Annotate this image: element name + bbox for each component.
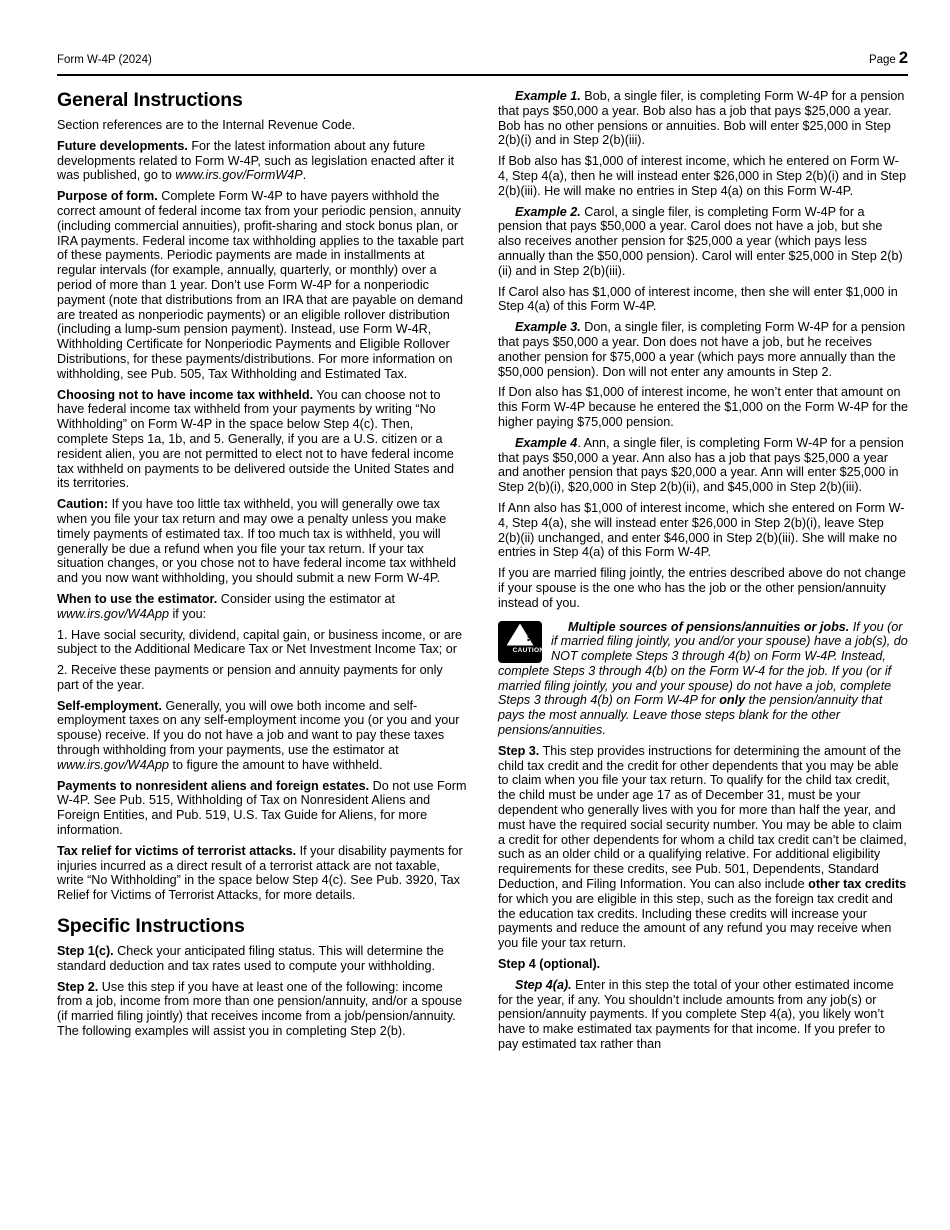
text-run: if you: xyxy=(169,607,206,621)
text-run: Use this step if you have at least one o… xyxy=(57,980,462,1038)
text-run: Self-employment. xyxy=(57,699,162,713)
text-run: Purpose of form. xyxy=(57,189,158,203)
paragraph: If you are married filing jointly, the e… xyxy=(498,566,908,610)
text-run: If Bob also has $1,000 of interest incom… xyxy=(498,154,906,198)
paragraph: When to use the estimator. Consider usin… xyxy=(57,592,467,622)
text-run: Payments to nonresident aliens and forei… xyxy=(57,779,369,793)
paragraph: Step 2. Use this step if you have at lea… xyxy=(57,980,467,1039)
text-run: Tax relief for victims of terrorist atta… xyxy=(57,844,296,858)
paragraph: Section references are to the Internal R… xyxy=(57,118,467,133)
text-run: You can choose not to have federal incom… xyxy=(57,388,454,491)
caution-icon: !CAUTION xyxy=(498,621,542,663)
text-run: If you have too little tax withheld, you… xyxy=(57,497,456,585)
paragraph: 1. Have social security, dividend, capit… xyxy=(57,628,467,658)
text-run: Step 1(c). xyxy=(57,944,114,958)
paragraph: Step 3. This step provides instructions … xyxy=(498,744,908,951)
paragraph: Caution: If you have too little tax with… xyxy=(57,497,467,586)
text-run: Step 4(a). xyxy=(515,978,572,992)
text-run: Multiple sources of pensions/annuities o… xyxy=(568,620,849,634)
text-run: 2. Receive these payments or pension and… xyxy=(57,663,443,692)
page-number: 2 xyxy=(899,49,908,67)
page-label: Page xyxy=(869,54,896,66)
paragraph: Payments to nonresident aliens and forei… xyxy=(57,779,467,838)
paragraph: Example 4. Ann, a single filer, is compl… xyxy=(498,436,908,495)
exclamation-glyph: ! xyxy=(509,627,531,646)
section-heading: Specific Instructions xyxy=(57,915,467,937)
paragraph: If Don also has $1,000 of interest incom… xyxy=(498,385,908,429)
paragraph: Purpose of form. Complete Form W-4P to h… xyxy=(57,189,467,381)
left-column: General InstructionsSection references a… xyxy=(57,76,467,1045)
text-run: If Ann also has $1,000 of interest incom… xyxy=(498,501,904,559)
text-run: If Carol also has $1,000 of interest inc… xyxy=(498,285,898,314)
paragraph: Tax relief for victims of terrorist atta… xyxy=(57,844,467,903)
text-run: . xyxy=(303,168,307,182)
text-run: www.irs.gov/FormW4P xyxy=(175,168,302,182)
text-run: Example 4 xyxy=(515,436,577,450)
text-run: Example 1. xyxy=(515,89,581,103)
text-run: Caution: xyxy=(57,497,108,511)
text-run: to figure the amount to have withheld. xyxy=(169,758,383,772)
text-run: Check your anticipated filing status. Th… xyxy=(57,944,444,973)
paragraph: Self-employment. Generally, you will owe… xyxy=(57,699,467,773)
paragraph: If Ann also has $1,000 of interest incom… xyxy=(498,501,908,560)
paragraph: If Carol also has $1,000 of interest inc… xyxy=(498,285,908,315)
text-run: Complete Form W-4P to have payers withho… xyxy=(57,189,464,381)
paragraph: If Bob also has $1,000 of interest incom… xyxy=(498,154,908,198)
text-run: Consider using the estimator at xyxy=(217,592,395,606)
text-run: This step provides instructions for dete… xyxy=(498,744,907,891)
text-run: Section references are to the Internal R… xyxy=(57,118,355,132)
text-run: for which you are eligible in this step,… xyxy=(498,892,893,950)
text-run: When to use the estimator. xyxy=(57,592,217,606)
page-header: Form W-4P (2024) Page2 xyxy=(57,52,908,66)
text-run: If Don also has $1,000 of interest incom… xyxy=(498,385,908,429)
paragraph: Step 1(c). Check your anticipated filing… xyxy=(57,944,467,974)
text-run: only xyxy=(719,693,745,707)
paragraph: Example 1. Bob, a single filer, is compl… xyxy=(498,89,908,148)
text-run: Step 2. xyxy=(57,980,98,994)
paragraph: Choosing not to have income tax withheld… xyxy=(57,388,467,492)
section-heading: General Instructions xyxy=(57,89,467,111)
text-run: Step 3. xyxy=(498,744,539,758)
text-run: www.irs.gov/W4App xyxy=(57,607,169,621)
right-column: Example 1. Bob, a single filer, is compl… xyxy=(498,76,908,1058)
warning-triangle-icon: ! xyxy=(507,624,534,646)
paragraph: Example 3. Don, a single filer, is compl… xyxy=(498,320,908,379)
paragraph: Step 4(a). Enter in this step the total … xyxy=(498,978,908,1052)
text-run: other tax credits xyxy=(808,877,906,891)
content-columns: General InstructionsSection references a… xyxy=(57,76,908,1058)
text-run: www.irs.gov/W4App xyxy=(57,758,169,772)
page-indicator: Page2 xyxy=(869,52,908,66)
caution-icon-label: CAUTION xyxy=(496,646,545,656)
paragraph: Example 2. Carol, a single filer, is com… xyxy=(498,205,908,279)
paragraph: Step 4 (optional). xyxy=(498,957,908,972)
text-run: 1. Have social security, dividend, capit… xyxy=(57,628,462,657)
text-run: Example 2. xyxy=(515,205,581,219)
form-id: Form W-4P (2024) xyxy=(57,54,152,66)
paragraph: Future developments. For the latest info… xyxy=(57,139,467,183)
paragraph: 2. Receive these payments or pension and… xyxy=(57,663,467,693)
text-run: Step 4 (optional). xyxy=(498,957,600,971)
caution-note: !CAUTIONMultiple sources of pensions/ann… xyxy=(498,620,908,738)
text-run: Choosing not to have income tax withheld… xyxy=(57,388,313,402)
text-run: Future developments. xyxy=(57,139,188,153)
text-run: Example 3. xyxy=(515,320,581,334)
form-page: Form W-4P (2024) Page2 General Instructi… xyxy=(0,0,950,1230)
text-run: If you are married filing jointly, the e… xyxy=(498,566,906,610)
